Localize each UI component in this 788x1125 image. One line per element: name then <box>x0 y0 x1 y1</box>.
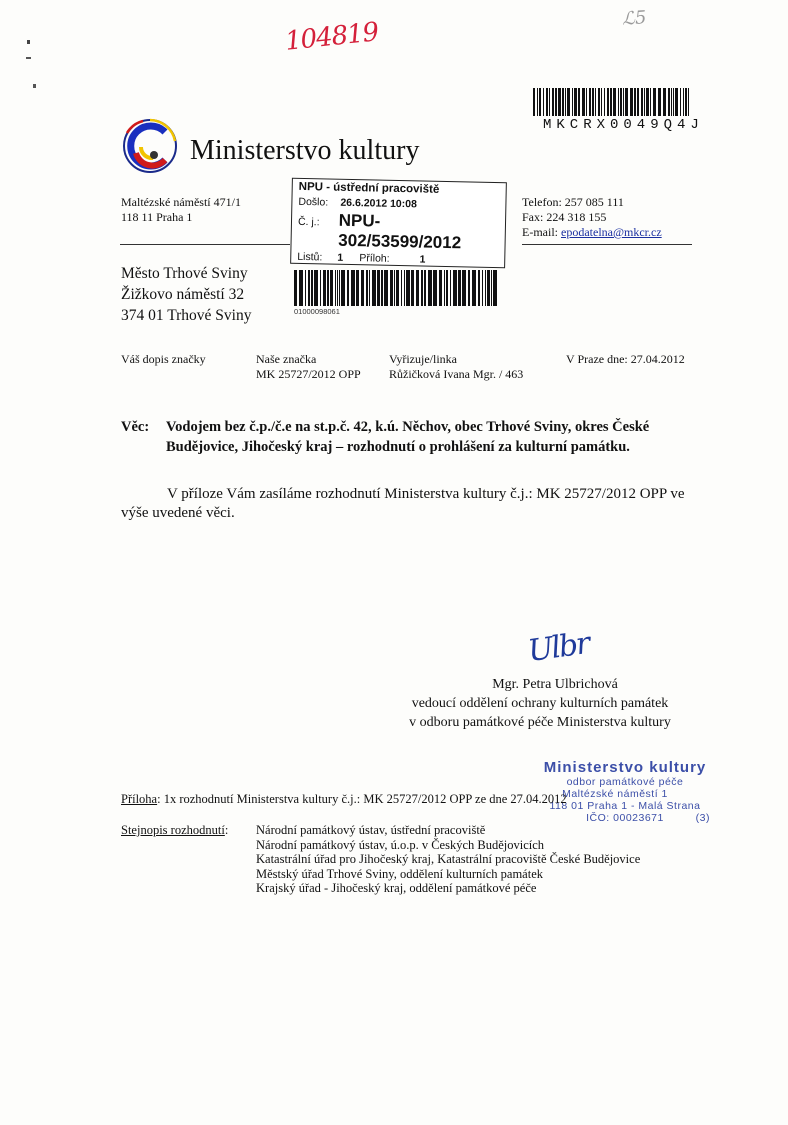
attachments-label: Příloh: <box>359 252 390 265</box>
recipient-line1: Město Trhové Sviny <box>121 263 252 284</box>
barcode-caption: MKCRX0049Q4J <box>543 117 693 133</box>
document-barcode: MKCRX0049Q4J <box>533 88 693 133</box>
subject-line2: Budějovice, Jihočeský kraj – rozhodnutí … <box>166 437 696 457</box>
body-line2: výše uvedené věci. <box>121 504 685 523</box>
sender-contacts: Telefon: 257 085 111 Fax: 224 318 155 E-… <box>522 195 662 240</box>
ministry-culture-logo-icon <box>121 117 179 175</box>
office-stamp-title: Ministerstvo kultury <box>536 759 714 776</box>
receipt-stamp-header: NPU - ústřední pracoviště <box>299 181 498 197</box>
recipient-line3: 374 01 Trhové Sviny <box>121 305 252 326</box>
sheets-value: 1 <box>337 252 359 264</box>
our-ref: Naše značka MK 25727/2012 OPP <box>256 352 361 382</box>
ref-label: Č. j.: <box>298 216 333 229</box>
attachment-line: Příloha: 1x rozhodnutí Ministerstva kult… <box>121 792 567 807</box>
header-divider-right <box>522 244 692 245</box>
copies-recipient: Národní památkový ústav, ústřední pracov… <box>256 823 640 838</box>
receipt-stamp: NPU - ústřední pracoviště Došlo:26.6.201… <box>290 178 507 268</box>
attachment-text: : 1x rozhodnutí Ministerstva kultury č.j… <box>157 792 567 806</box>
office-stamp-line1: odbor památkové péče <box>536 776 714 788</box>
handwritten-signature: Ulbr <box>526 626 591 669</box>
copies-label: Stejnopis rozhodnutí <box>121 823 225 837</box>
our-ref-label: Naše značka <box>256 352 361 367</box>
subject-label: Věc: <box>121 417 149 437</box>
letter-body: V příloze Vám zasíláme rozhodnutí Minist… <box>121 485 685 523</box>
copies-recipient: Národní památkový ústav, ú.o.p. v Českýc… <box>256 838 640 853</box>
handler-value: Růžičková Ivana Mgr. / 463 <box>389 367 523 382</box>
recipient-address: Město Trhové Sviny Žižkovo náměstí 32 37… <box>121 263 252 326</box>
scan-speck <box>26 57 31 59</box>
body-line1: V příloze Vám zasíláme rozhodnutí Minist… <box>121 485 685 504</box>
copies-recipient: Městský úřad Trhové Sviny, oddělení kult… <box>256 867 640 882</box>
your-ref-label: Váš dopis značky <box>121 352 206 367</box>
header-divider-left <box>120 244 290 245</box>
recipient-line2: Žižkovo náměstí 32 <box>121 284 252 305</box>
scan-speck <box>33 84 36 88</box>
handwritten-corner-mark: ℒ5 <box>621 7 647 30</box>
email-label: E-mail: <box>522 225 561 239</box>
our-ref-value: MK 25727/2012 OPP <box>256 367 361 382</box>
sheets-label: Listů: <box>297 251 333 264</box>
office-stamp-number: (3) <box>696 812 710 824</box>
handler-label: Vyřizuje/linka <box>389 352 523 367</box>
copies-recipient: Krajský úřad - Jihočeský kraj, oddělení … <box>256 881 640 896</box>
copies-colon: : <box>225 823 228 837</box>
copies-label-block: Stejnopis rozhodnutí: <box>121 823 228 838</box>
sender-address: Maltézské náměstí 471/1 118 11 Praha 1 <box>121 195 241 225</box>
handler: Vyřizuje/linka Růžičková Ivana Mgr. / 46… <box>389 352 523 382</box>
attachment-label: Příloha <box>121 792 157 806</box>
letterhead-title: Ministerstvo kultury <box>190 135 419 167</box>
ref-value: NPU-302/53599/2012 <box>338 211 497 254</box>
copies-recipient: Katastrální úřad pro Jihočeský kraj, Kat… <box>256 852 640 867</box>
signatory-name: Mgr. Petra Ulbrichová <box>385 675 695 694</box>
subject-line1: Vodojem bez č.p./č.e na st.p.č. 42, k.ú.… <box>166 417 696 437</box>
scan-speck <box>27 40 30 44</box>
letter-date: V Praze dne: 27.04.2012 <box>566 352 685 367</box>
sender-address-line1: Maltézské náměstí 471/1 <box>121 195 241 210</box>
receipt-barcode: 01000098061 <box>294 270 499 316</box>
subject-text: Vodojem bez č.p./č.e na st.p.č. 42, k.ú.… <box>166 417 696 457</box>
copies-recipient-list: Národní památkový ústav, ústřední pracov… <box>256 823 640 896</box>
sender-phone: Telefon: 257 085 111 <box>522 195 662 210</box>
sender-address-line2: 118 11 Praha 1 <box>121 210 241 225</box>
received-value: 26.6.2012 10:08 <box>340 197 417 211</box>
sender-fax: Fax: 224 318 155 <box>522 210 662 225</box>
receipt-barcode-number: 01000098061 <box>294 307 499 316</box>
signatory-role-line1: vedoucí oddělení ochrany kulturních pamá… <box>385 694 695 713</box>
signatory-role-line2: v odboru památkové péče Ministerstva kul… <box>385 713 695 732</box>
email-link[interactable]: epodatelna@mkcr.cz <box>561 225 662 239</box>
attachments-value: 1 <box>419 253 425 265</box>
handwritten-registry-number: 104819 <box>284 17 380 57</box>
received-label: Došlo: <box>298 196 334 209</box>
signatory-block: Mgr. Petra Ulbrichová vedoucí oddělení o… <box>385 675 695 732</box>
